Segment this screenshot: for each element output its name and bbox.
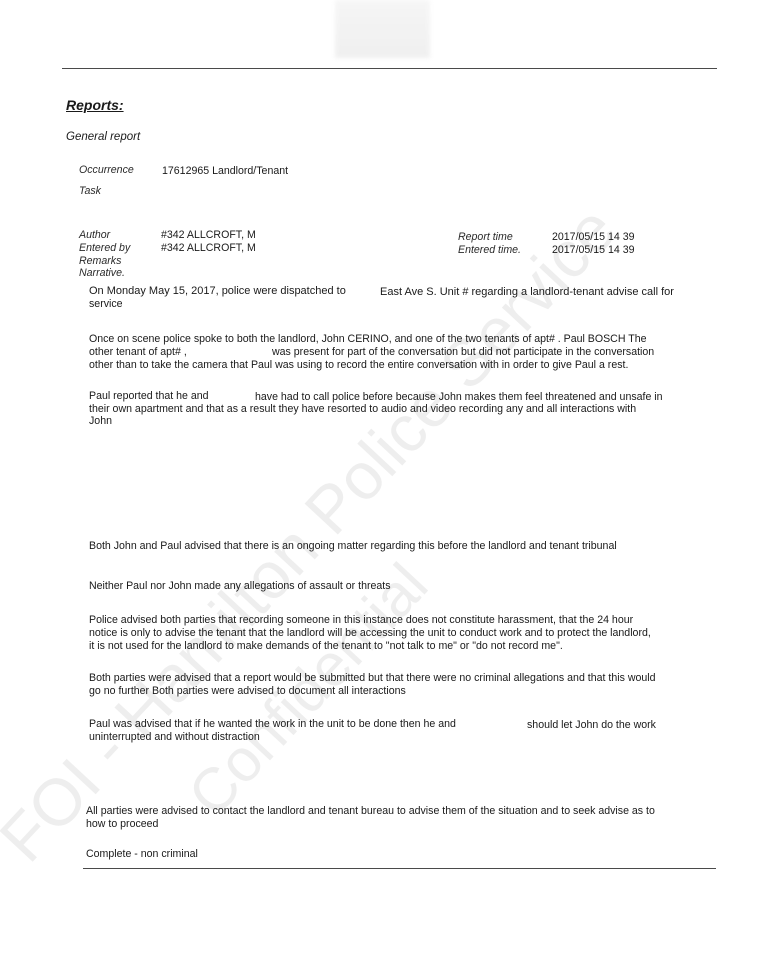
entered-time-label: Entered time. [458, 244, 521, 257]
author-value: #342 ALLCROFT, M [161, 229, 256, 242]
entered-by-value: #342 ALLCROFT, M [161, 242, 256, 255]
narrative-p8-line1b: should let John do the work [527, 719, 656, 732]
narrative-p3-line2: their own apartment and that as a result… [89, 403, 636, 416]
narrative-p5: Neither Paul nor John made any allegatio… [89, 580, 391, 593]
narrative-p3-line1b: have had to call police before because J… [255, 391, 663, 404]
narrative-p2-line2b: was present for part of the conversation… [272, 346, 654, 359]
narrative-p3-line1a: Paul reported that he and [89, 390, 209, 403]
top-divider [62, 68, 717, 69]
narrative-p1-line2: service [89, 298, 123, 311]
narrative-p8-line1a: Paul was advised that if he wanted the w… [89, 718, 456, 731]
narrative-p7-line2: go no further Both parties were advised … [89, 685, 406, 698]
remarks-label: Remarks [79, 255, 121, 268]
narrative-p2-line2a: other tenant of apt# , [89, 346, 187, 359]
report-type: General report [66, 131, 140, 143]
narrative-p4: Both John and Paul advised that there is… [89, 540, 617, 553]
narrative-p8-line2: uninterrupted and without distraction [89, 731, 260, 744]
narrative-p2-line3: other than to take the camera that Paul … [89, 359, 628, 372]
author-label: Author [79, 229, 110, 242]
narrative-p2-line1: Once on scene police spoke to both the l… [89, 333, 647, 346]
narrative-p1-line1a: On Monday May 15, 2017, police were disp… [89, 285, 346, 298]
section-title: Reports: [66, 97, 124, 113]
narrative-p3-line3: John [89, 415, 112, 428]
narrative-p6-line1: Police advised both parties that recordi… [89, 614, 633, 627]
occurrence-value: 17612965 Landlord/Tenant [162, 165, 288, 178]
narrative-p9-line2: how to proceed [86, 818, 158, 831]
occurrence-label: Occurrence [79, 164, 134, 177]
report-time-label: Report time [458, 231, 513, 244]
entered-time-value: 2017/05/15 14 39 [552, 244, 634, 257]
narrative-p6-line2: notice is only to advise the tenant that… [89, 627, 651, 640]
narrative-p1-line1b: East Ave S. Unit # regarding a landlord-… [380, 286, 674, 299]
entered-by-label: Entered by [79, 242, 130, 255]
narrative-conclusion: Complete - non criminal [86, 848, 198, 861]
narrative-p7-line1: Both parties were advised that a report … [89, 672, 656, 685]
narrative-p6-line3: it is not used for the landlord to make … [89, 640, 563, 653]
narrative-label: Narrative. [79, 267, 125, 280]
report-time-value: 2017/05/15 14 39 [552, 231, 634, 244]
bottom-divider [83, 868, 716, 869]
narrative-p9-line1: All parties were advised to contact the … [86, 805, 655, 818]
task-label: Task [79, 185, 101, 198]
scan-smudge [335, 0, 430, 58]
